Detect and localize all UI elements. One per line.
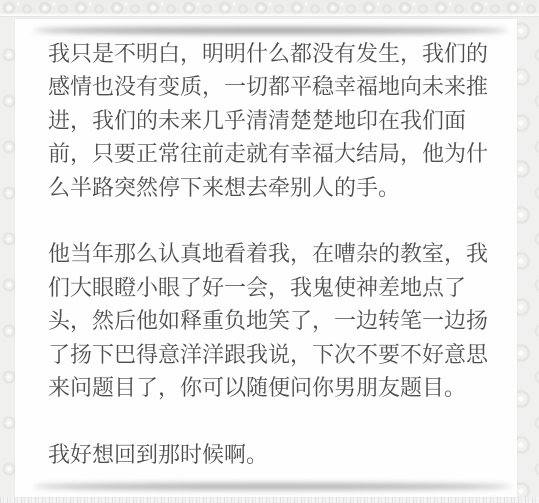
paragraph: 我只是不明白，明明什么都没有发生，我们的感情也没有变质，一切都平稳幸福地向未来推… — [48, 37, 495, 204]
page-background: 我只是不明白，明明什么都没有发生，我们的感情也没有变质，一切都平稳幸福地向未来推… — [0, 0, 539, 503]
paragraph: 我好想回到那时候啊。 — [48, 438, 495, 471]
page-break-shadow-bottom — [33, 483, 512, 490]
story-text: 我只是不明白，明明什么都没有发生，我们的感情也没有变质，一切都平稳幸福地向未来推… — [48, 37, 495, 471]
page-break-shadow-top — [33, 27, 508, 34]
text-page-card: 我只是不明白，明明什么都没有发生，我们的感情也没有变质，一切都平稳幸福地向未来推… — [15, 19, 517, 497]
ornate-border-bottom — [0, 497, 539, 503]
ornate-border-top — [0, 0, 539, 16]
paragraph: 他当年那么认真地看着我，在嘈杂的教室，我们大眼瞪小眼了好一会，我鬼使神差地点了头… — [48, 237, 495, 404]
